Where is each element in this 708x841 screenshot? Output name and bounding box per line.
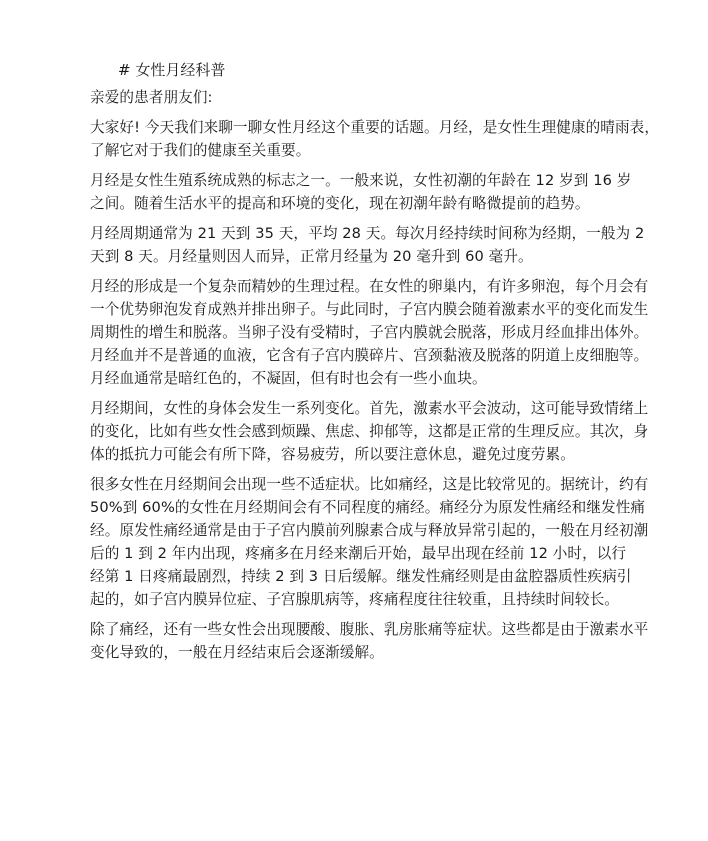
paragraph-dysmenorrhea: 很多女性在月经期间会出现一些不适症状。比如痛经，这是比较常见的。据统计，约有 5… xyxy=(90,473,630,611)
paragraph-menarche: 月经是女性生殖系统成熟的标志之一。一般来说，女性初潮的年龄在 12 岁到 16 … xyxy=(90,169,630,215)
text-line: 大家好! 今天我们来聊一聊女性月经这个重要的话题。月经，是女性生理健康的晴雨表， xyxy=(90,116,630,139)
text-line: 起的，如子宫内膜异位症、子宫腺肌病等，疼痛程度往往较重，且持续时间较长。 xyxy=(90,588,630,611)
text-line: 月经血并不是普通的血液，它含有子宫内膜碎片、宫颈黏液及脱落的阴道上皮细胞等。 xyxy=(90,344,630,367)
text-line: 天到 8 天。月经量则因人而异，正常月经量为 20 毫升到 60 毫升。 xyxy=(90,245,630,268)
text-line: 经第 1 日疼痛最剧烈，持续 2 到 3 日后缓解。继发性痛经则是由盆腔器质性疾… xyxy=(90,565,630,588)
greeting-paragraph: 亲爱的患者朋友们: xyxy=(90,86,630,109)
text-line: 很多女性在月经期间会出现一些不适症状。比如痛经，这是比较常见的。据统计，约有 xyxy=(90,473,630,496)
paragraph-other-symptoms: 除了痛经，还有一些女性会出现腰酸、腹胀、乳房胀痛等症状。这些都是由于激素水平 变… xyxy=(90,618,630,664)
paragraph-formation: 月经的形成是一个复杂而精妙的生理过程。在女性的卵巢内，有许多卵泡，每个月会有 一… xyxy=(90,275,630,390)
text-line: 体的抵抗力可能会有所下降，容易疲劳，所以要注意休息，避免过度劳累。 xyxy=(90,443,630,466)
text-line: 经。原发性痛经通常是由于子宫内膜前列腺素合成与释放异常引起的，一般在月经初潮 xyxy=(90,519,630,542)
text-line: 后的 1 到 2 年内出现，疼痛多在月经来潮后开始，最早出现在经前 12 小时，… xyxy=(90,542,630,565)
text-line: 之间。随着生活水平的提高和环境的变化，现在初潮年龄有略微提前的趋势。 xyxy=(90,192,630,215)
text-line: 除了痛经，还有一些女性会出现腰酸、腹胀、乳房胀痛等症状。这些都是由于激素水平 xyxy=(90,618,630,641)
document-page: # 女性月经科普 亲爱的患者朋友们: 大家好! 今天我们来聊一聊女性月经这个重要… xyxy=(90,60,630,671)
text-line: 了解它对于我们的健康至关重要。 xyxy=(90,139,630,162)
paragraph-cycle: 月经周期通常为 21 天到 35 天，平均 28 天。每次月经持续时间称为经期，… xyxy=(90,222,630,268)
greeting-line: 亲爱的患者朋友们: xyxy=(90,86,630,109)
text-line: 变化导致的，一般在月经结束后会逐渐缓解。 xyxy=(90,641,630,664)
text-line: 月经周期通常为 21 天到 35 天，平均 28 天。每次月经持续时间称为经期，… xyxy=(90,222,630,245)
document-title: # 女性月经科普 xyxy=(118,60,630,80)
text-line: 周期性的增生和脱落。当卵子没有受精时，子宫内膜就会脱落，形成月经血排出体外。 xyxy=(90,321,630,344)
text-line: 一个优势卵泡发育成熟并排出卵子。与此同时，子宫内膜会随着激素水平的变化而发生 xyxy=(90,298,630,321)
text-line: 月经的形成是一个复杂而精妙的生理过程。在女性的卵巢内，有许多卵泡，每个月会有 xyxy=(90,275,630,298)
text-line: 月经血通常是暗红色的，不凝固，但有时也会有一些小血块。 xyxy=(90,367,630,390)
text-line: 的变化，比如有些女性会感到烦躁、焦虑、抑郁等，这都是正常的生理反应。其次，身 xyxy=(90,420,630,443)
text-line: 月经是女性生殖系统成熟的标志之一。一般来说，女性初潮的年龄在 12 岁到 16 … xyxy=(90,169,630,192)
text-line: 月经期间，女性的身体会发生一系列变化。首先，激素水平会波动，这可能导致情绪上 xyxy=(90,397,630,420)
text-line: 50%到 60%的女性在月经期间会有不同程度的痛经。痛经分为原发性痛经和继发性痛 xyxy=(90,496,630,519)
paragraph-intro: 大家好! 今天我们来聊一聊女性月经这个重要的话题。月经，是女性生理健康的晴雨表，… xyxy=(90,116,630,162)
paragraph-body-changes: 月经期间，女性的身体会发生一系列变化。首先，激素水平会波动，这可能导致情绪上 的… xyxy=(90,397,630,466)
